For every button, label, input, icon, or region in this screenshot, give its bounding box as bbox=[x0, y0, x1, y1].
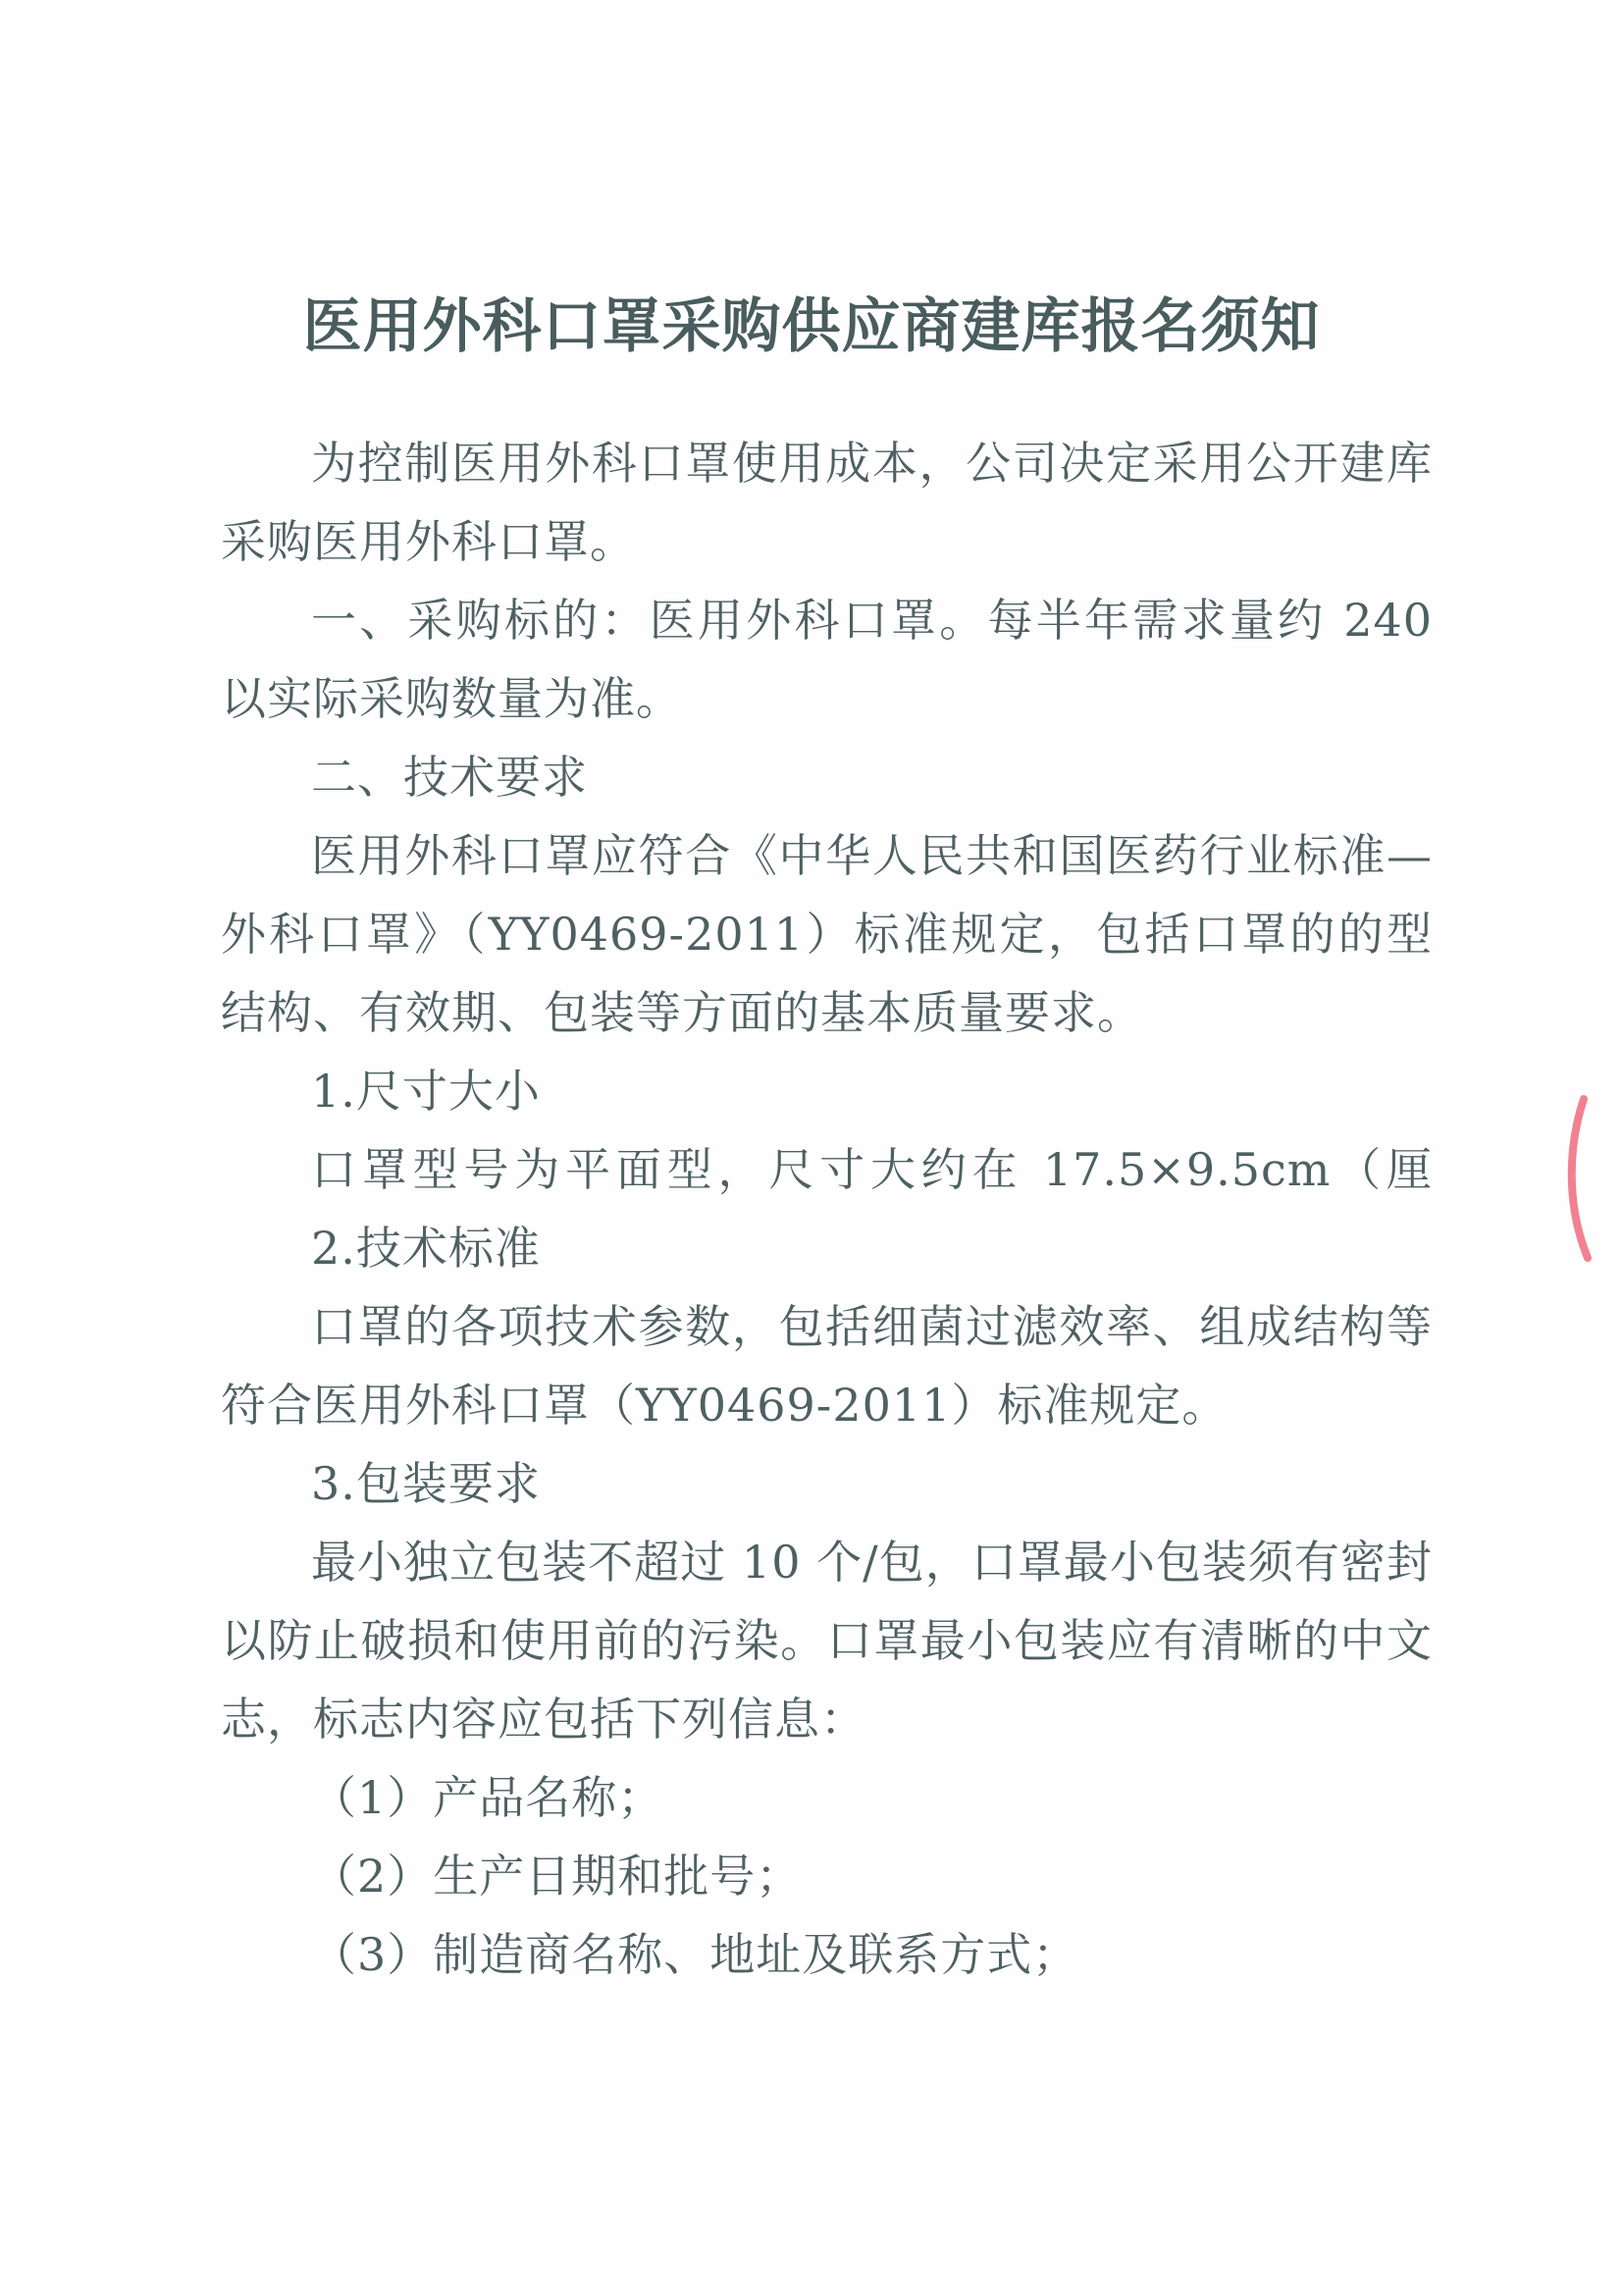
document-page: 医用外科口罩采购供应商建库报名须知 为控制医用外科口罩使用成本，公司决定采用公开… bbox=[0, 0, 1623, 2296]
text-line: 最小独立包装不超过 10 个/包，口罩最小包装须有密封包装， bbox=[221, 1523, 1433, 1601]
text-line: 3.包装要求 bbox=[221, 1444, 1433, 1523]
text-line: （1）产品名称； bbox=[221, 1758, 1433, 1837]
red-stamp-arc-icon bbox=[1558, 1095, 1623, 1262]
text-line: （2）生产日期和批号； bbox=[221, 1837, 1433, 1915]
text-line: 一、采购标的：医用外科口罩。每半年需求量约 240 万个， bbox=[221, 581, 1433, 659]
text-line: 符合医用外科口罩（YY0469-2011）标准规定。 bbox=[221, 1366, 1433, 1444]
text-line: 志，标志内容应包括下列信息： bbox=[221, 1680, 1433, 1758]
text-line: 医用外科口罩应符合《中华人民共和国医药行业标准—医用 bbox=[221, 816, 1433, 895]
text-line: 以实际采购数量为准。 bbox=[221, 659, 1433, 738]
text-line: 2.技术标准 bbox=[221, 1209, 1433, 1287]
document-body: 为控制医用外科口罩使用成本，公司决定采用公开建库方式采购医用外科口罩。一、采购标… bbox=[221, 424, 1433, 1994]
text-line: 以防止破损和使用前的污染。口罩最小包装应有清晰的中文标 bbox=[221, 1601, 1433, 1680]
text-line: 口罩的各项技术参数，包括细菌过滤效率、组成结构等都应 bbox=[221, 1287, 1433, 1366]
text-line: 1.尺寸大小 bbox=[221, 1052, 1433, 1130]
text-line: （3）制造商名称、地址及联系方式； bbox=[221, 1915, 1433, 1994]
text-line: 采购医用外科口罩。 bbox=[221, 502, 1433, 581]
text-line: 外科口罩》（YY0469-2011）标准规定，包括口罩的的型号规格、 bbox=[221, 895, 1433, 973]
text-line: 结构、有效期、包装等方面的基本质量要求。 bbox=[221, 973, 1433, 1052]
text-line: 口罩型号为平面型，尺寸大约在 17.5×9.5cm（厘米）。 bbox=[221, 1130, 1433, 1209]
text-line: 为控制医用外科口罩使用成本，公司决定采用公开建库方式 bbox=[221, 424, 1433, 502]
document-title: 医用外科口罩采购供应商建库报名须知 bbox=[0, 294, 1623, 359]
text-line: 二、技术要求 bbox=[221, 738, 1433, 816]
